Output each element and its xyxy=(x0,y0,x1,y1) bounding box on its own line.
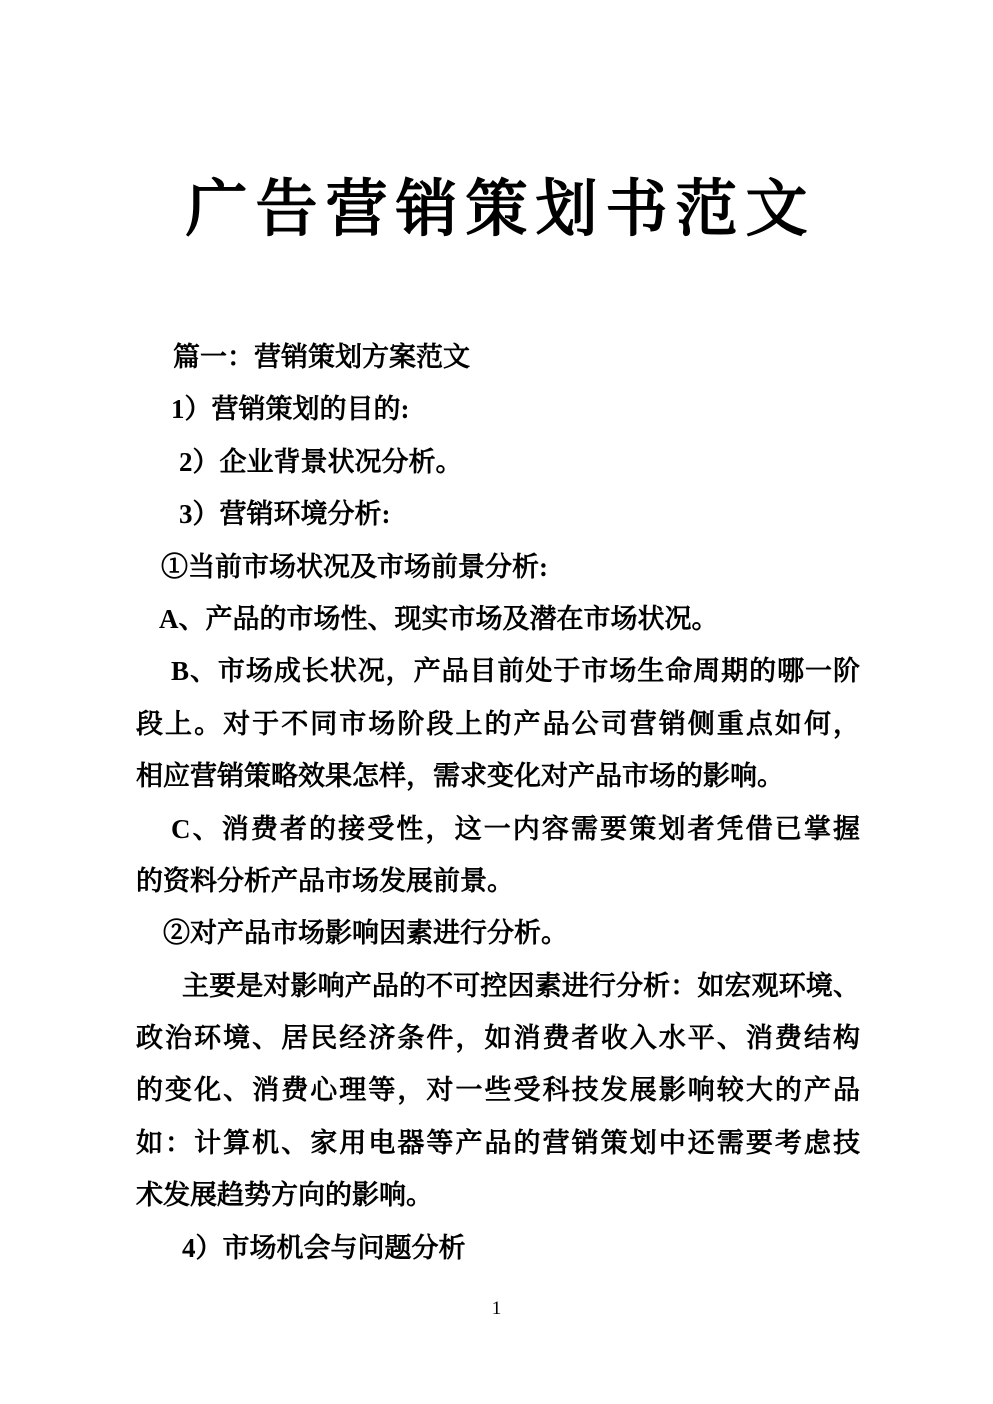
text-line-item-3: 3）营销环境分析: xyxy=(136,488,860,540)
text-line: 的变化、消费心理等，对一些受科技发展影响较大的产品 xyxy=(136,1064,860,1116)
text-line: 如：计算机、家用电器等产品的营销策划中还需要考虑技 xyxy=(136,1117,860,1169)
text-line-point-b: B、市场成长状况，产品目前处于市场生命周期的哪一阶 xyxy=(136,645,860,697)
text-line-point-a: A、产品的市场性、现实市场及潜在市场状况。 xyxy=(136,593,860,645)
text-line: 相应营销策略效果怎样，需求变化对产品市场的影响。 xyxy=(136,750,860,802)
text-line-point-c: C、消费者的接受性，这一内容需要策划者凭借已掌握 xyxy=(136,803,860,855)
document-body: 篇一：营销策划方案范文 1）营销策划的目的: 2）企业背景状况分析。 3）营销环… xyxy=(136,331,860,1274)
text-line: 段上。对于不同市场阶段上的产品公司营销侧重点如何， xyxy=(136,698,860,750)
text-line-item-1: 1）营销策划的目的: xyxy=(136,383,860,435)
text-line-item-4: 4）市场机会与问题分析 xyxy=(136,1222,860,1274)
text-line-item-2: 2）企业背景状况分析。 xyxy=(136,436,860,488)
document-page: 广告营销策划书范文 篇一：营销策划方案范文 1）营销策划的目的: 2）企业背景状… xyxy=(0,0,993,1404)
text-line-subitem-1: ①当前市场状况及市场前景分析: xyxy=(136,541,860,593)
text-line-subitem-2: ②对产品市场影响因素进行分析。 xyxy=(136,907,860,959)
text-line-section-heading: 篇一：营销策划方案范文 xyxy=(136,331,860,383)
text-line: 术发展趋势方向的影响。 xyxy=(136,1169,860,1221)
document-title: 广告营销策划书范文 xyxy=(0,176,993,244)
page-number: 1 xyxy=(0,1298,993,1321)
text-line: 政治环境、居民经济条件，如消费者收入水平、消费结构 xyxy=(136,1012,860,1064)
text-line: 主要是对影响产品的不可控因素进行分析：如宏观环境、 xyxy=(136,960,860,1012)
text-line: 的资料分析产品市场发展前景。 xyxy=(136,855,860,907)
